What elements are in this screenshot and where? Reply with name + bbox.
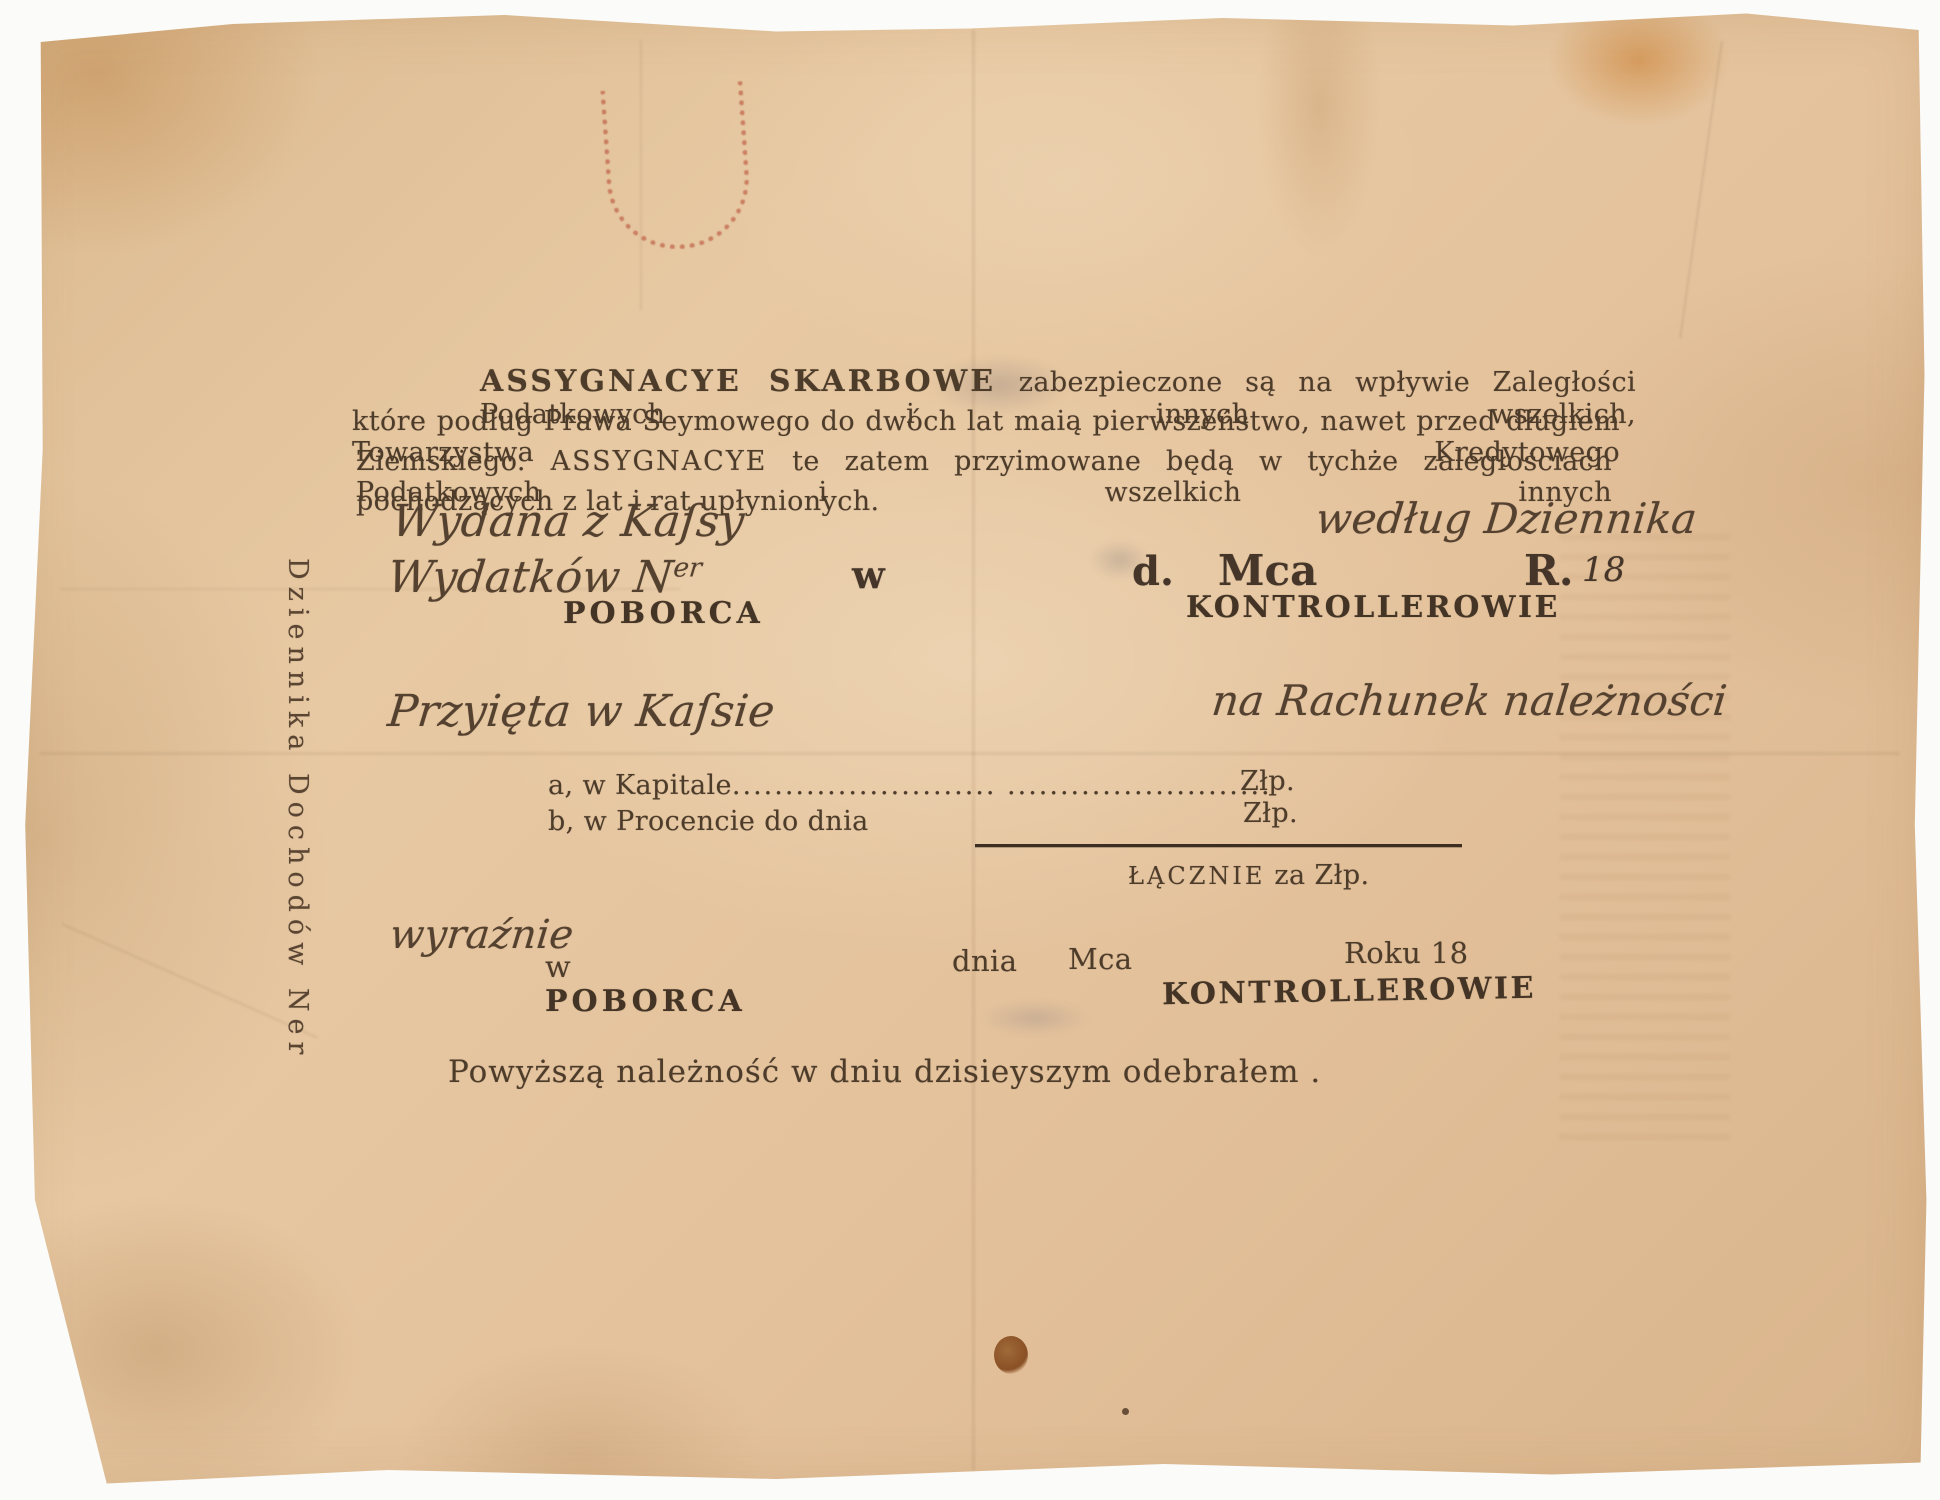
total-line: ŁĄCZNIE za Złp.: [1128, 860, 1370, 891]
row-a-capital: a, w Kapitale......................... .…: [548, 770, 1272, 801]
acknowledgement-line: Powyższą należność w dniu dzisieyszym od…: [448, 1054, 1321, 1090]
issued-from-cash-label: Wydana z Kaſsy: [389, 496, 746, 547]
ink-speck: [1122, 1408, 1129, 1415]
on-account-label: na Rachunek należności: [1209, 676, 1729, 725]
expenses-number-superscript: er: [672, 552, 703, 583]
day-label: d.: [1132, 548, 1174, 595]
controllers-heading-top: KONTROLLEROWIE: [1186, 590, 1560, 625]
row-a-unit: Złp.: [1240, 766, 1295, 797]
place-w-label-bottom: w: [545, 950, 571, 985]
year-18-prefix: 18: [1582, 550, 1625, 590]
row-a-label: a, w Kapitale: [548, 770, 732, 801]
collector-heading-bottom: POBORCA: [545, 984, 746, 1019]
scanned-document: Dziennika Dochodów Ner ASSYGNACYE SKARBO…: [0, 0, 1940, 1500]
mca-label-bottom: Mca: [1068, 942, 1132, 976]
margin-journal-caption: Dziennika Dochodów Ner: [282, 558, 313, 1061]
dnia-label: dnia: [952, 944, 1017, 978]
total-caps: ŁĄCZNIE: [1128, 862, 1265, 890]
paragraph-line-3-pre: Ziemskiego.: [356, 446, 551, 477]
collector-heading-top: POBORCA: [563, 596, 764, 631]
per-journal-label: według Dziennika: [1313, 494, 1699, 543]
wax-seal-dot: [994, 1336, 1028, 1374]
total-rule: [975, 844, 1462, 847]
controllers-heading-bottom: KONTROLLEROWIE: [1162, 971, 1536, 1013]
total-rest: za Złp.: [1265, 860, 1369, 891]
paragraph-line-3-caps: ASSYGNACYE: [551, 446, 768, 477]
year-r-label: R.: [1524, 546, 1574, 595]
month-label: Mca: [1218, 546, 1317, 595]
place-w-label: w: [852, 552, 885, 597]
paragraph-lead-caps: ASSYGNACYE SKARBOWE: [480, 364, 996, 399]
row-b-interest: b, w Procencie do dnia: [548, 806, 869, 837]
roku-18-label: Roku 18: [1344, 936, 1468, 970]
received-in-cash-label: Przyięta w Kaſsie: [385, 686, 777, 737]
row-a-dot-leader: ......................... ..............…: [732, 770, 1272, 801]
row-b-unit: Złp.: [1243, 798, 1298, 829]
